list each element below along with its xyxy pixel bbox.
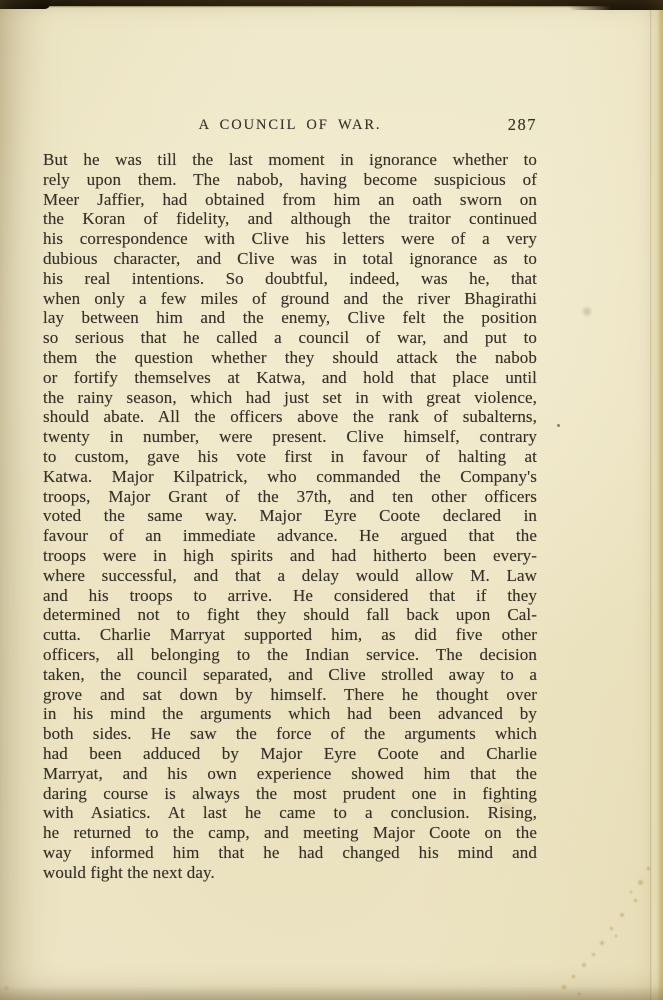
text-line: rely upon them. The nabob, having become…: [43, 170, 537, 190]
text-line: Katwa. Major Kilpatrick, who commanded t…: [43, 467, 537, 487]
text-line: the Koran of fidelity, and although the …: [43, 209, 537, 229]
text-line: when only a few miles of ground and the …: [43, 289, 537, 309]
foxing-spot: [581, 962, 587, 968]
text-line: determined not to fight they should fall…: [43, 605, 537, 625]
text-line: favour of an immediate advance. He argue…: [43, 526, 537, 546]
foxing-spot: [599, 940, 605, 946]
text-line: grove and sat down by himself. There he …: [43, 685, 537, 705]
paper-speck: [557, 424, 560, 427]
text-line: cutta. Charlie Marryat supported him, as…: [43, 625, 537, 645]
text-line: them the question whether they should at…: [43, 348, 537, 368]
text-line: where successful, and that a delay would…: [43, 566, 537, 586]
text-line: dubious character, and Clive was in tota…: [43, 249, 537, 269]
text-line: or fortify themselves at Katwa, and hold…: [43, 368, 537, 388]
paper-smudge: [581, 306, 593, 317]
text-line: both sides. He saw the force of the argu…: [43, 724, 537, 744]
text-line: voted the same way. Major Eyre Coote dec…: [43, 506, 537, 526]
text-line: so serious that he called a council of w…: [43, 328, 537, 348]
text-line: lay between him and the enemy, Clive fel…: [43, 308, 537, 328]
running-header: A COUNCIL OF WAR. 287: [43, 117, 537, 133]
text-line: taken, the council separated, and Clive …: [43, 665, 537, 685]
text-line: But he was till the last moment in ignor…: [43, 150, 537, 170]
text-line: Marryat, and his own experience showed h…: [43, 764, 537, 784]
text-line: with Asiatics. At last he came to a conc…: [43, 803, 537, 823]
foxing-spot: [633, 898, 638, 903]
text-line: and his troops to arrive. He considered …: [43, 586, 537, 606]
foxing-spot: [637, 879, 644, 886]
text-line: to custom, gave his vote first in favour…: [43, 447, 537, 467]
book-page-scan: A COUNCIL OF WAR. 287 But he was till th…: [0, 0, 663, 1000]
text-line: troops, Major Grant of the 37th, and ten…: [43, 487, 537, 507]
text-line: the rainy season, which had just set in …: [43, 388, 537, 408]
text-line: his correspondence with Clive his letter…: [43, 229, 537, 249]
text-line: way informed him that he had changed his…: [43, 843, 537, 863]
text-line: had been adduced by Major Eyre Coote and…: [43, 744, 537, 764]
text-line: officers, all belonging to the Indian se…: [43, 645, 537, 665]
foxing-spot: [614, 934, 618, 938]
paper-smudge: [496, 800, 517, 817]
foxing-spot: [591, 952, 596, 957]
body-text-block: But he was till the last moment in ignor…: [43, 150, 537, 882]
foxing-spot: [629, 890, 633, 894]
page-number: 287: [508, 115, 537, 135]
text-line: twenty in number, were present. Clive hi…: [43, 427, 537, 447]
text-line: would fight the next day.: [43, 863, 537, 883]
foxing-spot: [619, 912, 625, 918]
text-line: Meer Jaffier, had obtained from him an o…: [43, 190, 537, 210]
text-line: troops were in high spirits and had hith…: [43, 546, 537, 566]
text-line: daring course is always the most prudent…: [43, 784, 537, 804]
running-header-title: A COUNCIL OF WAR.: [43, 117, 537, 134]
text-line: should abate. All the officers above the…: [43, 407, 537, 427]
foxing-spot: [609, 926, 614, 931]
foxing-spot: [571, 974, 576, 979]
page-fore-edge: [650, 6, 663, 1000]
text-line: in his mind the arguments which had been…: [43, 704, 537, 724]
text-line: he returned to the camp, and meeting Maj…: [43, 823, 537, 843]
page-top-dark-edge: [0, 0, 663, 6]
page-content: A COUNCIL OF WAR. 287 But he was till th…: [43, 117, 537, 882]
text-line: his real intentions. So doubtful, indeed…: [43, 269, 537, 289]
page-bottom-edge: [0, 986, 663, 1000]
